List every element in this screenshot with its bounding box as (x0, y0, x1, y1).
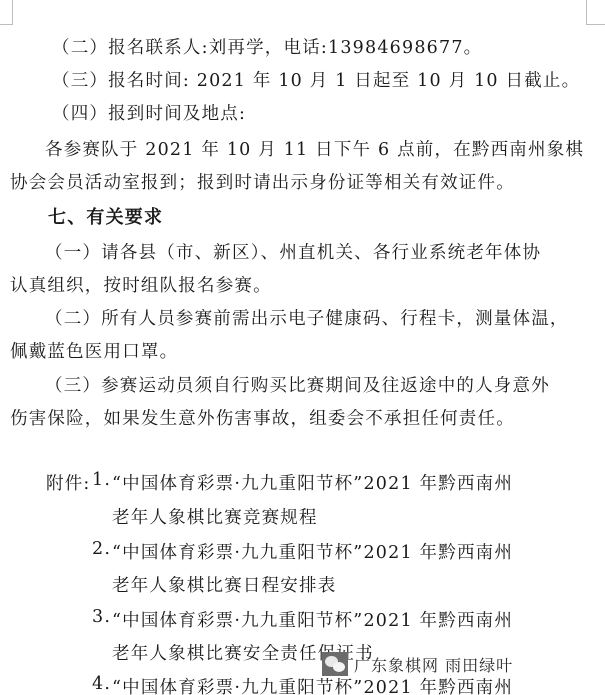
attachment-3-line-1: “中国体育彩票·九九重阳节杯”2021 年黔西南州 (112, 607, 513, 632)
requirement-1-line-2: 认真组织，按时组队报名参赛。 (10, 272, 272, 297)
page-corner-mark-left (0, 0, 13, 25)
attachment-4-line-1: “中国体育彩票·九九重阳节杯”2021 年黔西南州 (112, 674, 513, 695)
requirement-1-line-1: （一）请各县（市、新区）、州直机关、各行业系统老年体协 (45, 239, 541, 264)
requirement-3-line-2: 伤害保险，如果发生意外伤害事故，组委会不承担任何责任。 (10, 405, 515, 430)
check-in-para-line-2: 协会会员活动室报到；报到时请出示身份证等相关有效证件。 (10, 169, 515, 194)
attachment-2-line-1: “中国体育彩票·九九重阳节杯”2021 年黔西南州 (112, 539, 513, 564)
page-corner-mark-right (586, 0, 605, 25)
attachment-4-number: 4. (92, 674, 111, 694)
attachments-label: 附件: (46, 470, 91, 495)
watermark-text: 广东象棋网 雨田绿叶 (354, 653, 513, 676)
attachment-2-line-2: 老年人象棋比赛日程安排表 (112, 572, 336, 597)
attachment-1-line-1: “中国体育彩票·九九重阳节杯”2021 年黔西南州 (112, 470, 513, 495)
attachment-1-line-2: 老年人象棋比赛竞赛规程 (112, 504, 318, 529)
requirement-2-line-1: （二）所有人员参赛前需出示电子健康码、行程卡，测量体温， (45, 305, 569, 330)
attachment-2-number: 2. (92, 539, 111, 559)
section-heading: 七、有关要求 (48, 203, 163, 229)
contact-line: （二）报名联系人:刘再学，电话:13984698677。 (52, 34, 482, 59)
attachment-1-number: 1. (92, 470, 111, 490)
watermark: 广东象棋网 雨田绿叶 (322, 651, 513, 677)
registration-time-line: （三）报名时间: 2021 年 10 月 1 日起至 10 月 10 日截止。 (52, 67, 580, 92)
check-in-para-line-1: 各参赛队于 2021 年 10 月 11 日下午 6 点前，在黔西南州象棋 (45, 136, 584, 161)
requirement-3-line-1: （三）参赛运动员须自行购买比赛期间及往返途中的人身意外 (45, 372, 550, 397)
requirement-2-line-2: 佩戴蓝色医用口罩。 (10, 338, 178, 363)
check-in-heading: （四）报到时间及地点: (52, 100, 246, 125)
wechat-icon (322, 652, 348, 676)
attachment-3-number: 3. (92, 607, 111, 627)
